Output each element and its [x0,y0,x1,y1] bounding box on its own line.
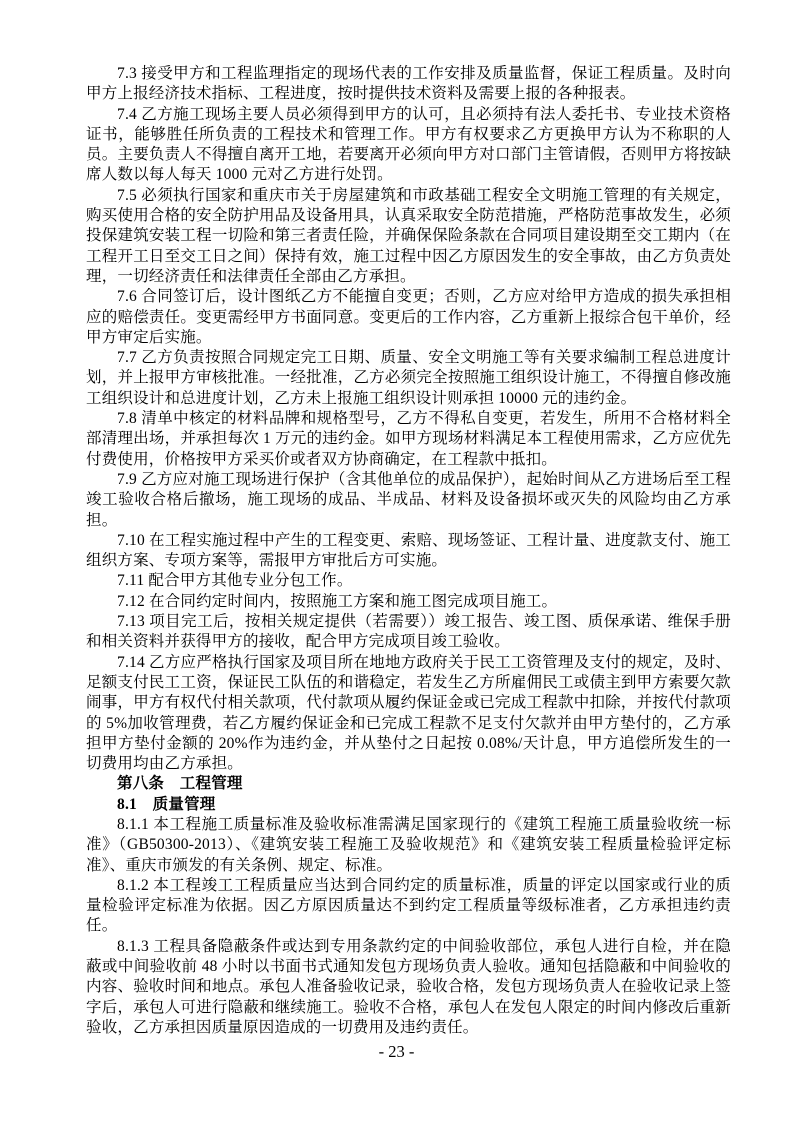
page-number: - 23 - [379,1042,415,1061]
paragraph-7-14: 7.14 乙方应严格执行国家及项目所在地地方政府关于民工工资管理及支付的规定，及… [86,653,731,775]
paragraph-8-1-2: 8.1.2 本工程竣工工程质量应当达到合同约定的质量标准，质量的评定以国家或行业… [86,876,731,937]
page-footer: - 23 - [0,1042,793,1062]
document-content: 7.3 接受甲方和工程监理指定的现场代表的工作安排及质量监督，保证工程质量。及时… [86,64,731,1038]
paragraph-7-9: 7.9 乙方应对施工现场进行保护（含其他单位的成品保护），起始时间从乙方进场后至… [86,470,731,531]
paragraph-7-8: 7.8 清单中核定的材料品牌和规格型号，乙方不得私自变更，若发生，所用不合格材料… [86,409,731,470]
paragraph-7-13: 7.13 项目完工后，按相关规定提供（若需要））竣工报告、竣工图、质保承诺、维保… [86,612,731,653]
paragraph-8-1-3: 8.1.3 工程具备隐蔽条件或达到专用条款约定的中间验收部位，承包人进行自检，并… [86,937,731,1038]
section-heading-article-8: 第八条 工程管理 [86,774,731,794]
paragraph-7-10: 7.10 在工程实施过程中产生的工程变更、索赔、现场签证、工程计量、进度款支付、… [86,531,731,572]
paragraph-7-3: 7.3 接受甲方和工程监理指定的现场代表的工作安排及质量监督，保证工程质量。及时… [86,64,731,105]
subsection-heading-8-1: 8.1 质量管理 [86,795,731,815]
paragraph-7-4: 7.4 乙方施工现场主要人员必须得到甲方的认可，且必须持有法人委托书、专业技术资… [86,105,731,186]
paragraph-7-7: 7.7 乙方负责按照合同规定完工日期、质量、安全文明施工等有关要求编制工程总进度… [86,348,731,409]
paragraph-7-5: 7.5 必须执行国家和重庆市关于房屋建筑和市政基础工程安全文明施工管理的有关规定… [86,186,731,287]
paragraph-7-11: 7.11 配合甲方其他专业分包工作。 [86,571,731,591]
paragraph-7-12: 7.12 在合同约定时间内，按照施工方案和施工图完成项目施工。 [86,592,731,612]
contract-document-page: 7.3 接受甲方和工程监理指定的现场代表的工作安排及质量监督，保证工程质量。及时… [0,0,793,1122]
paragraph-8-1-1: 8.1.1 本工程施工质量标准及验收标准需满足国家现行的《建筑工程施工质量验收统… [86,815,731,876]
paragraph-7-6: 7.6 合同签订后，设计图纸乙方不能擅自变更；否则，乙方应对给甲方造成的损失承担… [86,287,731,348]
